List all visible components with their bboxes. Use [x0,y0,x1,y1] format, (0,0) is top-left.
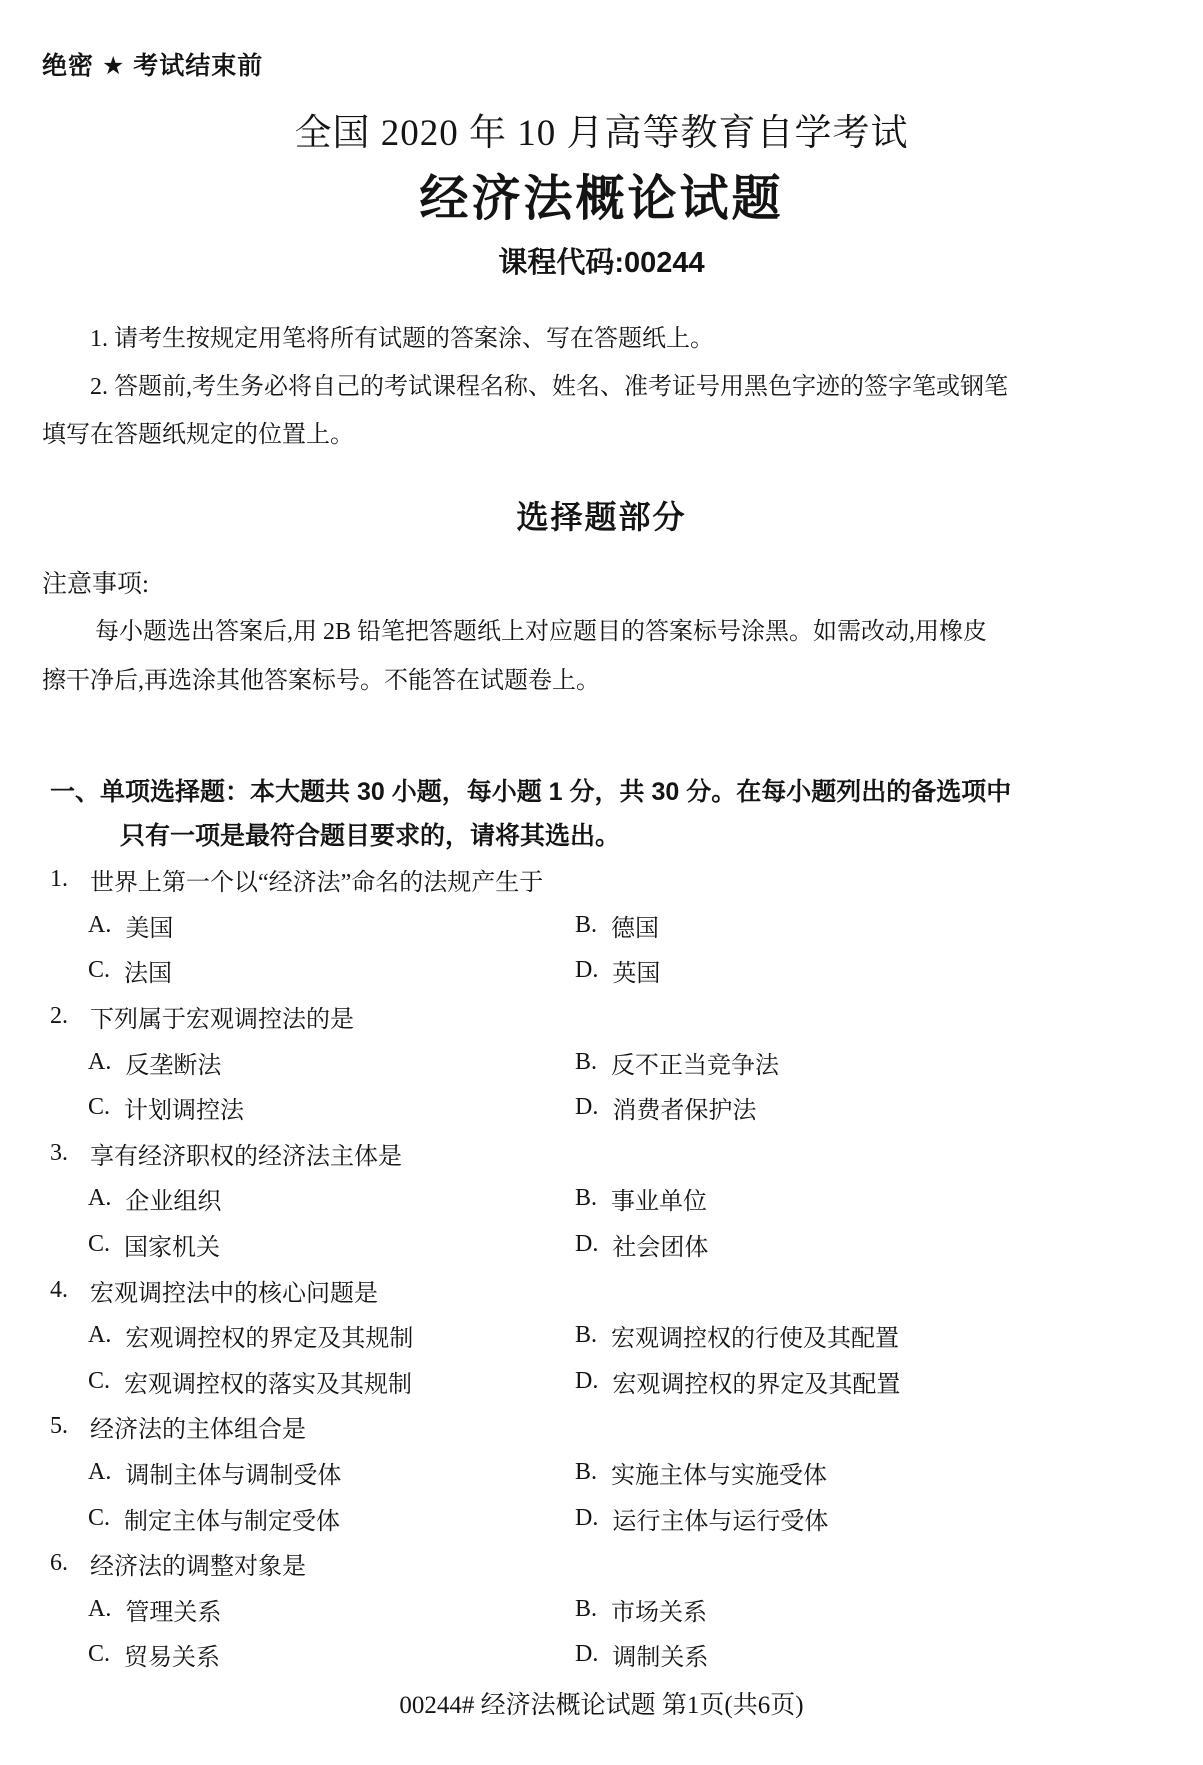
option-letter: A. [88,912,111,939]
option-text: 宏观调控权的行使及其配置 [611,1318,899,1353]
instruction-line-3: 填写在答题纸规定的位置上。 [42,411,1148,459]
option-letter: D. [575,1368,598,1395]
option-d: D. 运行主体与运行受体 [575,1501,1173,1536]
option-a: A. 企业组织 [88,1181,575,1216]
notice-line-1: 每小题选出答案后,用 2B 铅笔把答题纸上对应题目的答案标号涂黑。如需改动,用橡… [42,608,1148,657]
part-heading-line-2: 只有一项是最符合题目要求的，请将其选出。 [42,814,1163,858]
question-stem: 下列属于宏观调控法的是 [90,999,354,1034]
question-stem-row: 4. 宏观调控法中的核心问题是 [42,1267,1173,1313]
option-letter: B. [575,1185,597,1212]
notice-title: 注意事项: [42,565,149,605]
instruction-line-1: 1. 请考生按规定用笔将所有试题的答案涂、写在答题纸上。 [42,315,1148,363]
option-letter: C. [88,1368,110,1395]
option-text: 反不正当竞争法 [611,1045,779,1080]
option-text: 英国 [612,953,660,988]
option-text: 贸易关系 [124,1637,220,1672]
option-text: 社会团体 [612,1227,708,1262]
part-heading-line-1: 一、单项选择题：本大题共 30 小题，每小题 1 分，共 30 分。在每小题列出… [42,770,1163,814]
option-letter: D. [575,1505,598,1532]
question-stem: 享有经济职权的经济法主体是 [90,1136,402,1171]
option-letter: B. [575,1596,597,1623]
option-text: 事业单位 [611,1181,707,1216]
option-d: D. 社会团体 [575,1227,1173,1262]
secrecy-label: 绝密 ★ 考试结束前 [42,46,263,82]
notice-line-2: 擦干净后,再选涂其他答案标号。不能答在试题卷上。 [42,657,1148,706]
option-text: 反垄断法 [125,1045,221,1080]
question: 2. 下列属于宏观调控法的是 A. 反垄断法 B. 反不正当竞争法 C. 计划调… [42,994,1173,1131]
option-text: 实施主体与实施受体 [611,1455,827,1490]
exam-subject-title: 经济法概论试题 [0,160,1203,230]
option-d: D. 消费者保护法 [575,1090,1173,1125]
general-instructions: 1. 请考生按规定用笔将所有试题的答案涂、写在答题纸上。 2. 答题前,考生务必… [42,315,1148,459]
option-text: 国家机关 [124,1227,220,1262]
question-stem: 世界上第一个以“经济法”命名的法规产生于 [90,862,543,897]
question: 4. 宏观调控法中的核心问题是 A. 宏观调控权的界定及其规制 B. 宏观调控权… [42,1267,1173,1404]
part-one-heading: 一、单项选择题：本大题共 30 小题，每小题 1 分，共 30 分。在每小题列出… [42,770,1163,858]
question-list: 1. 世界上第一个以“经济法”命名的法规产生于 A. 美国 B. 德国 C. 法… [42,857,1173,1678]
option-c: C. 制定主体与制定受体 [88,1501,575,1536]
option-a: A. 宏观调控权的界定及其规制 [88,1318,575,1353]
option-letter: A. [88,1322,111,1349]
question-stem-row: 2. 下列属于宏观调控法的是 [42,994,1173,1040]
option-a: A. 管理关系 [88,1592,575,1627]
exam-paper-page: 绝密 ★ 考试结束前 全国 2020 年 10 月高等教育自学考试 经济法概论试… [0,0,1203,1765]
option-b: B. 宏观调控权的行使及其配置 [575,1318,1173,1353]
notice-text: 每小题选出答案后,用 2B 铅笔把答题纸上对应题目的答案标号涂黑。如需改动,用橡… [42,608,1148,706]
question: 1. 世界上第一个以“经济法”命名的法规产生于 A. 美国 B. 德国 C. 法… [42,857,1173,994]
option-text: 德国 [611,908,659,943]
option-b: B. 反不正当竞争法 [575,1045,1173,1080]
option-letter: C. [88,957,110,984]
option-letter: B. [575,1459,597,1486]
option-text: 宏观调控权的界定及其配置 [612,1364,900,1399]
option-letter: C. [88,1505,110,1532]
option-letter: D. [575,1231,598,1258]
option-text: 消费者保护法 [612,1090,756,1125]
question: 6. 经济法的调整对象是 A. 管理关系 B. 市场关系 C. 贸易关系 D. … [42,1541,1173,1678]
option-text: 宏观调控权的界定及其规制 [125,1318,413,1353]
option-letter: C. [88,1231,110,1258]
question: 3. 享有经济职权的经济法主体是 A. 企业组织 B. 事业单位 C. 国家机关… [42,1131,1173,1268]
option-row-ab: A. 调制主体与调制受体 B. 实施主体与实施受体 [42,1450,1173,1496]
option-b: B. 事业单位 [575,1181,1173,1216]
option-letter: D. [575,957,598,984]
option-letter: B. [575,912,597,939]
option-c: C. 宏观调控权的落实及其规制 [88,1364,575,1399]
option-text: 法国 [124,953,172,988]
option-c: C. 贸易关系 [88,1637,575,1672]
question-stem: 经济法的调整对象是 [90,1546,306,1581]
question-number: 5. [50,1413,90,1440]
option-letter: C. [88,1641,110,1668]
option-text: 调制主体与调制受体 [125,1455,341,1490]
exam-title: 全国 2020 年 10 月高等教育自学考试 [0,102,1203,156]
option-text: 计划调控法 [124,1090,244,1125]
question-stem: 宏观调控法中的核心问题是 [90,1273,378,1308]
question-stem-row: 5. 经济法的主体组合是 [42,1404,1173,1450]
option-b: B. 市场关系 [575,1592,1173,1627]
option-letter: A. [88,1049,111,1076]
option-text: 宏观调控权的落实及其规制 [124,1364,412,1399]
course-code: 课程代码:00244 [0,240,1203,281]
question-number: 1. [50,866,90,893]
option-row-cd: C. 国家机关 D. 社会团体 [42,1222,1173,1268]
option-c: C. 计划调控法 [88,1090,575,1125]
option-c: C. 国家机关 [88,1227,575,1262]
option-row-ab: A. 美国 B. 德国 [42,903,1173,949]
option-letter: B. [575,1322,597,1349]
instruction-line-2: 2. 答题前,考生务必将自己的考试课程名称、姓名、准考证号用黑色字迹的签字笔或钢… [42,363,1148,411]
option-row-cd: C. 法国 D. 英国 [42,948,1173,994]
question-stem-row: 1. 世界上第一个以“经济法”命名的法规产生于 [42,857,1173,903]
option-row-ab: A. 宏观调控权的界定及其规制 B. 宏观调控权的行使及其配置 [42,1313,1173,1359]
option-letter: A. [88,1596,111,1623]
question-number: 3. [50,1140,90,1167]
question: 5. 经济法的主体组合是 A. 调制主体与调制受体 B. 实施主体与实施受体 C… [42,1404,1173,1541]
question-stem: 经济法的主体组合是 [90,1409,306,1444]
option-row-cd: C. 贸易关系 D. 调制关系 [42,1632,1173,1678]
option-letter: B. [575,1049,597,1076]
question-stem-row: 3. 享有经济职权的经济法主体是 [42,1131,1173,1177]
option-b: B. 德国 [575,908,1173,943]
option-b: B. 实施主体与实施受体 [575,1455,1173,1490]
option-text: 制定主体与制定受体 [124,1501,340,1536]
option-text: 企业组织 [125,1181,221,1216]
option-letter: D. [575,1641,598,1668]
option-text: 市场关系 [611,1592,707,1627]
question-number: 6. [50,1550,90,1577]
option-row-ab: A. 企业组织 B. 事业单位 [42,1176,1173,1222]
option-d: D. 调制关系 [575,1637,1173,1672]
section-title: 选择题部分 [0,492,1203,538]
page-footer: 00244# 经济法概论试题 第1页(共6页) [0,1684,1203,1728]
option-letter: A. [88,1185,111,1212]
question-stem-row: 6. 经济法的调整对象是 [42,1541,1173,1587]
question-number: 4. [50,1277,90,1304]
option-text: 管理关系 [125,1592,221,1627]
option-text: 美国 [125,908,173,943]
option-row-ab: A. 反垄断法 B. 反不正当竞争法 [42,1039,1173,1085]
option-d: D. 英国 [575,953,1173,988]
option-letter: C. [88,1094,110,1121]
option-c: C. 法国 [88,953,575,988]
option-letter: A. [88,1459,111,1486]
option-text: 运行主体与运行受体 [612,1501,828,1536]
option-row-cd: C. 宏观调控权的落实及其规制 D. 宏观调控权的界定及其配置 [42,1359,1173,1405]
option-a: A. 反垄断法 [88,1045,575,1080]
option-a: A. 美国 [88,908,575,943]
option-row-ab: A. 管理关系 B. 市场关系 [42,1587,1173,1633]
question-number: 2. [50,1003,90,1030]
option-row-cd: C. 计划调控法 D. 消费者保护法 [42,1085,1173,1131]
option-text: 调制关系 [612,1637,708,1672]
option-d: D. 宏观调控权的界定及其配置 [575,1364,1173,1399]
option-letter: D. [575,1094,598,1121]
option-a: A. 调制主体与调制受体 [88,1455,575,1490]
option-row-cd: C. 制定主体与制定受体 D. 运行主体与运行受体 [42,1495,1173,1541]
